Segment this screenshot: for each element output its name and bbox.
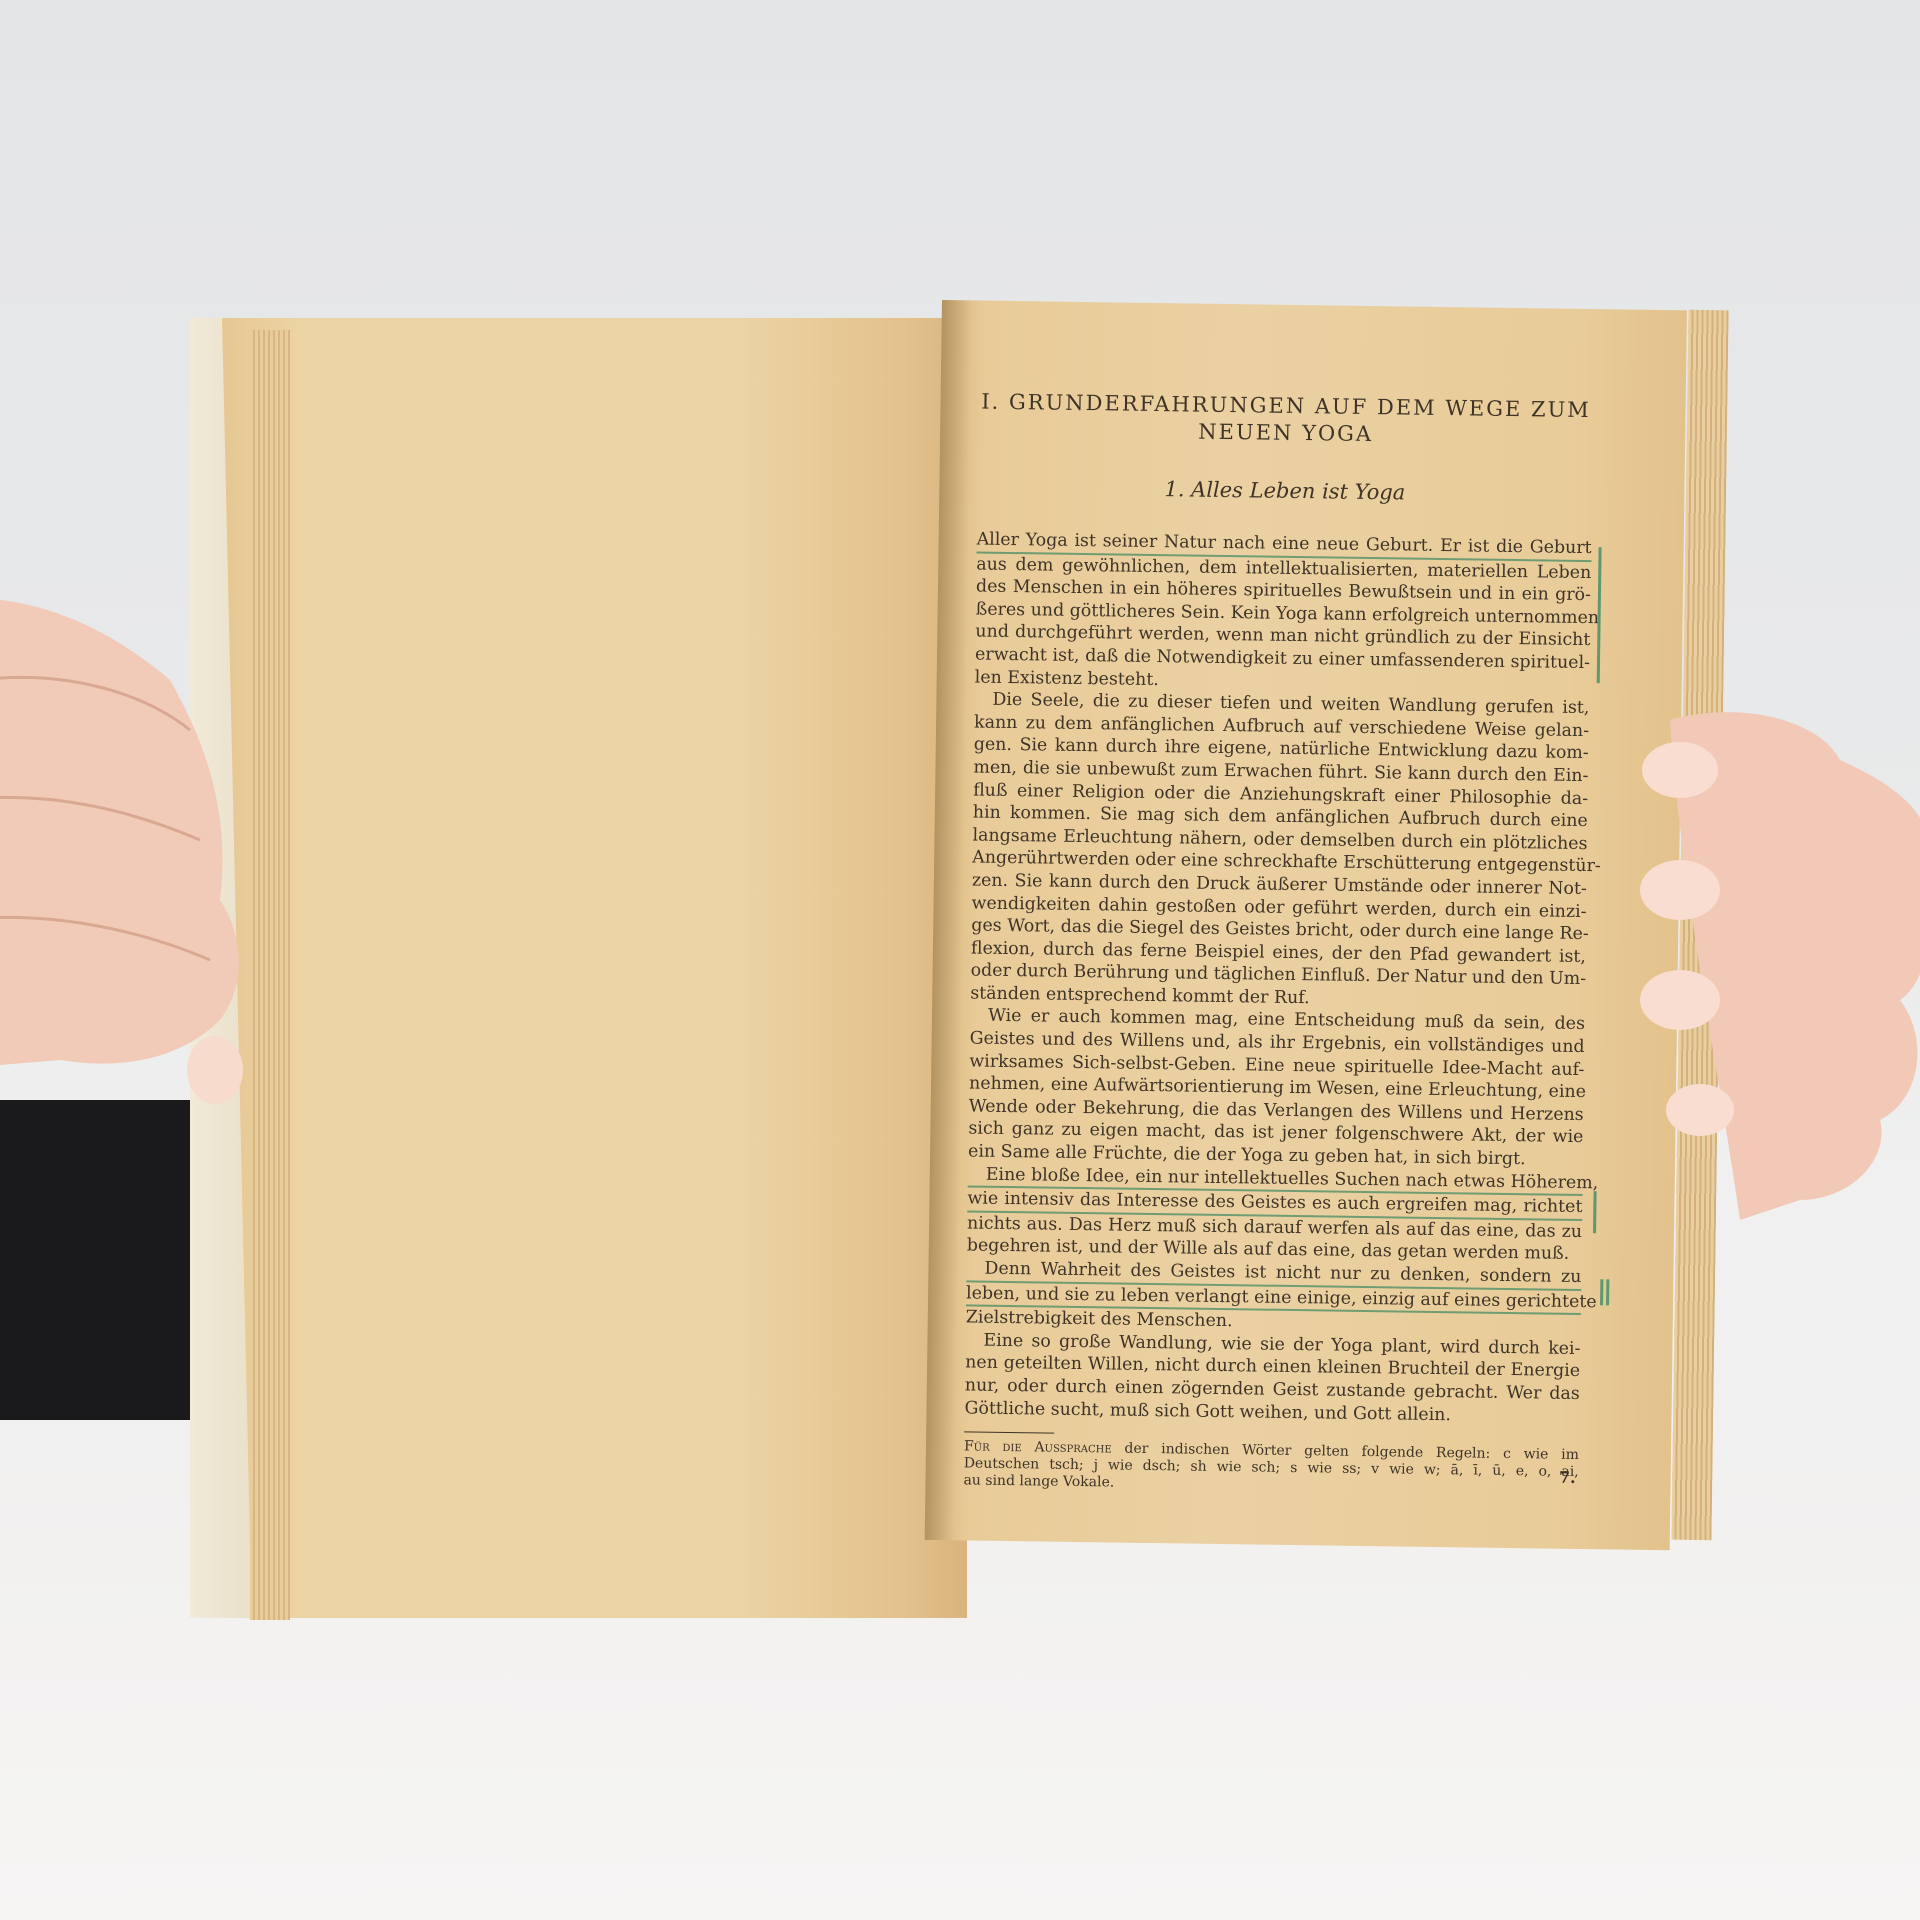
- margin-mark-3a: [1600, 1279, 1603, 1305]
- section-title: 1. Alles Leben ist Yoga: [977, 475, 1592, 508]
- footnote: Für die Aussprache der indischen Wörter …: [963, 1439, 1579, 1499]
- right-page: I. GRUNDERFAHRUNGEN AUF DEM WEGE ZUM NEU…: [925, 300, 1687, 1550]
- footnote-rule: [964, 1432, 1054, 1434]
- right-hand: [1600, 680, 1920, 1240]
- chapter-title: I. GRUNDERFAHRUNGEN AUF DEM WEGE ZUM NEU…: [978, 389, 1594, 452]
- page-number: 7.: [1559, 1468, 1576, 1487]
- margin-mark-1: [1597, 547, 1602, 683]
- margin-mark-3b: [1606, 1279, 1609, 1305]
- body-text: Aller Yoga ist seiner Natur nach eine ne…: [964, 529, 1591, 1429]
- footnote-lead: Für die Aussprache: [964, 1439, 1112, 1457]
- left-page-blank: [222, 318, 967, 1618]
- page-text-block: I. GRUNDERFAHRUNGEN AUF DEM WEGE ZUM NEU…: [963, 389, 1593, 1499]
- left-hand: [0, 600, 300, 1120]
- margin-mark-2: [1593, 1191, 1597, 1233]
